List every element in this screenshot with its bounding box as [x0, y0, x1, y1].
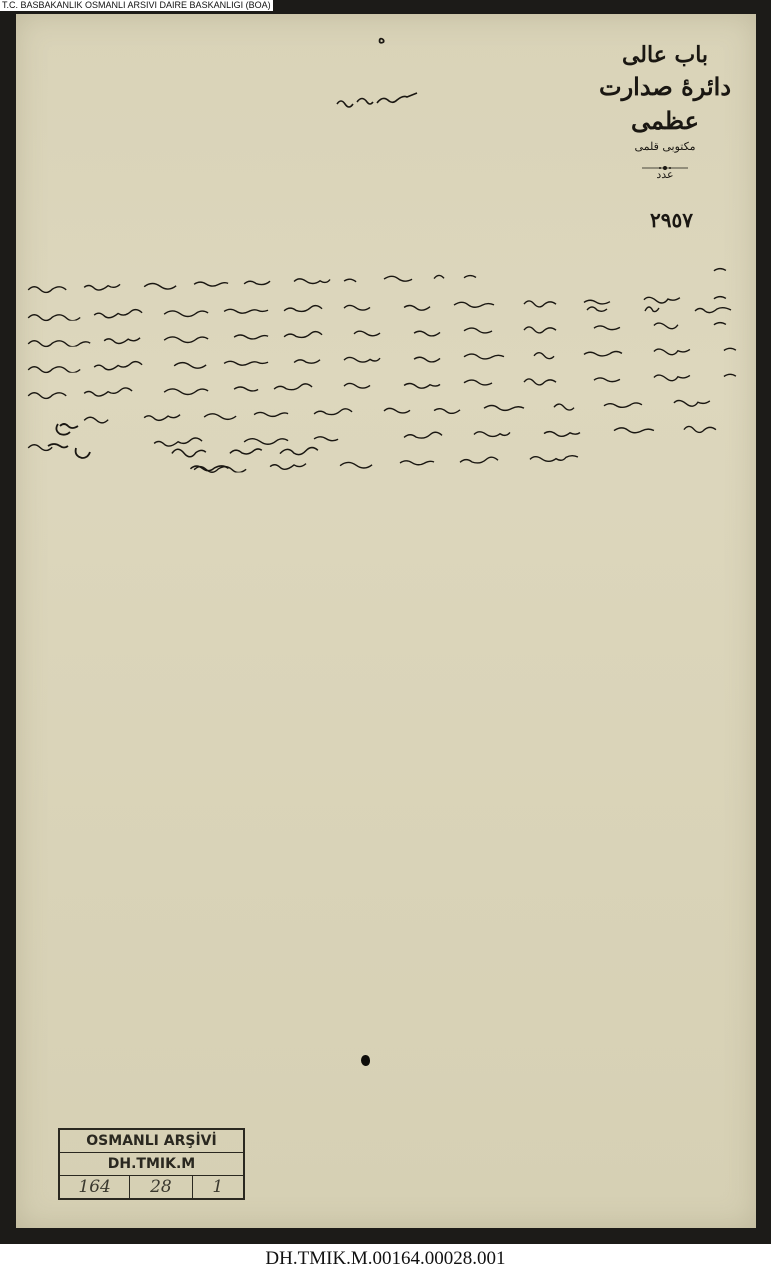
archive-stamp: OSMANLI ARŞİVİ DH.TMIK.M 164 28 1 [58, 1128, 245, 1200]
ink-blot [361, 1055, 370, 1066]
document-id: DH.TMIK.M.00164.00028.001 [0, 1248, 771, 1270]
signature-handwriting [40, 420, 100, 460]
letterhead-line-2: دائرهٔ صدارت عظمی [595, 70, 735, 138]
stamp-title: OSMANLI ARŞİVİ [60, 1130, 243, 1153]
institution-label: T.C. BASBAKANLIK OSMANLI ARSIVI DAIRE BA… [0, 0, 273, 11]
ornament-divider [642, 158, 688, 164]
stamp-cell-file: 28 [130, 1176, 192, 1198]
top-mark: ه [378, 30, 385, 47]
letterhead: باب عالی دائرهٔ صدارت عظمی مكتوبی قلمی ع… [595, 40, 735, 184]
letterhead-line-1: باب عالی [595, 40, 735, 70]
stamp-fond: DH.TMIK.M [60, 1153, 243, 1176]
letterhead-line-4: عدد [595, 166, 735, 184]
reference-number: ٢٩٥٧ [650, 208, 693, 232]
letterhead-line-3: مكتوبی قلمی [595, 138, 735, 156]
stamp-cell-folder: 164 [60, 1176, 130, 1198]
addressee-handwriting [335, 92, 420, 108]
document-page [16, 14, 756, 1228]
stamp-cells: 164 28 1 [60, 1176, 243, 1198]
stamp-cell-page: 1 [193, 1176, 243, 1198]
